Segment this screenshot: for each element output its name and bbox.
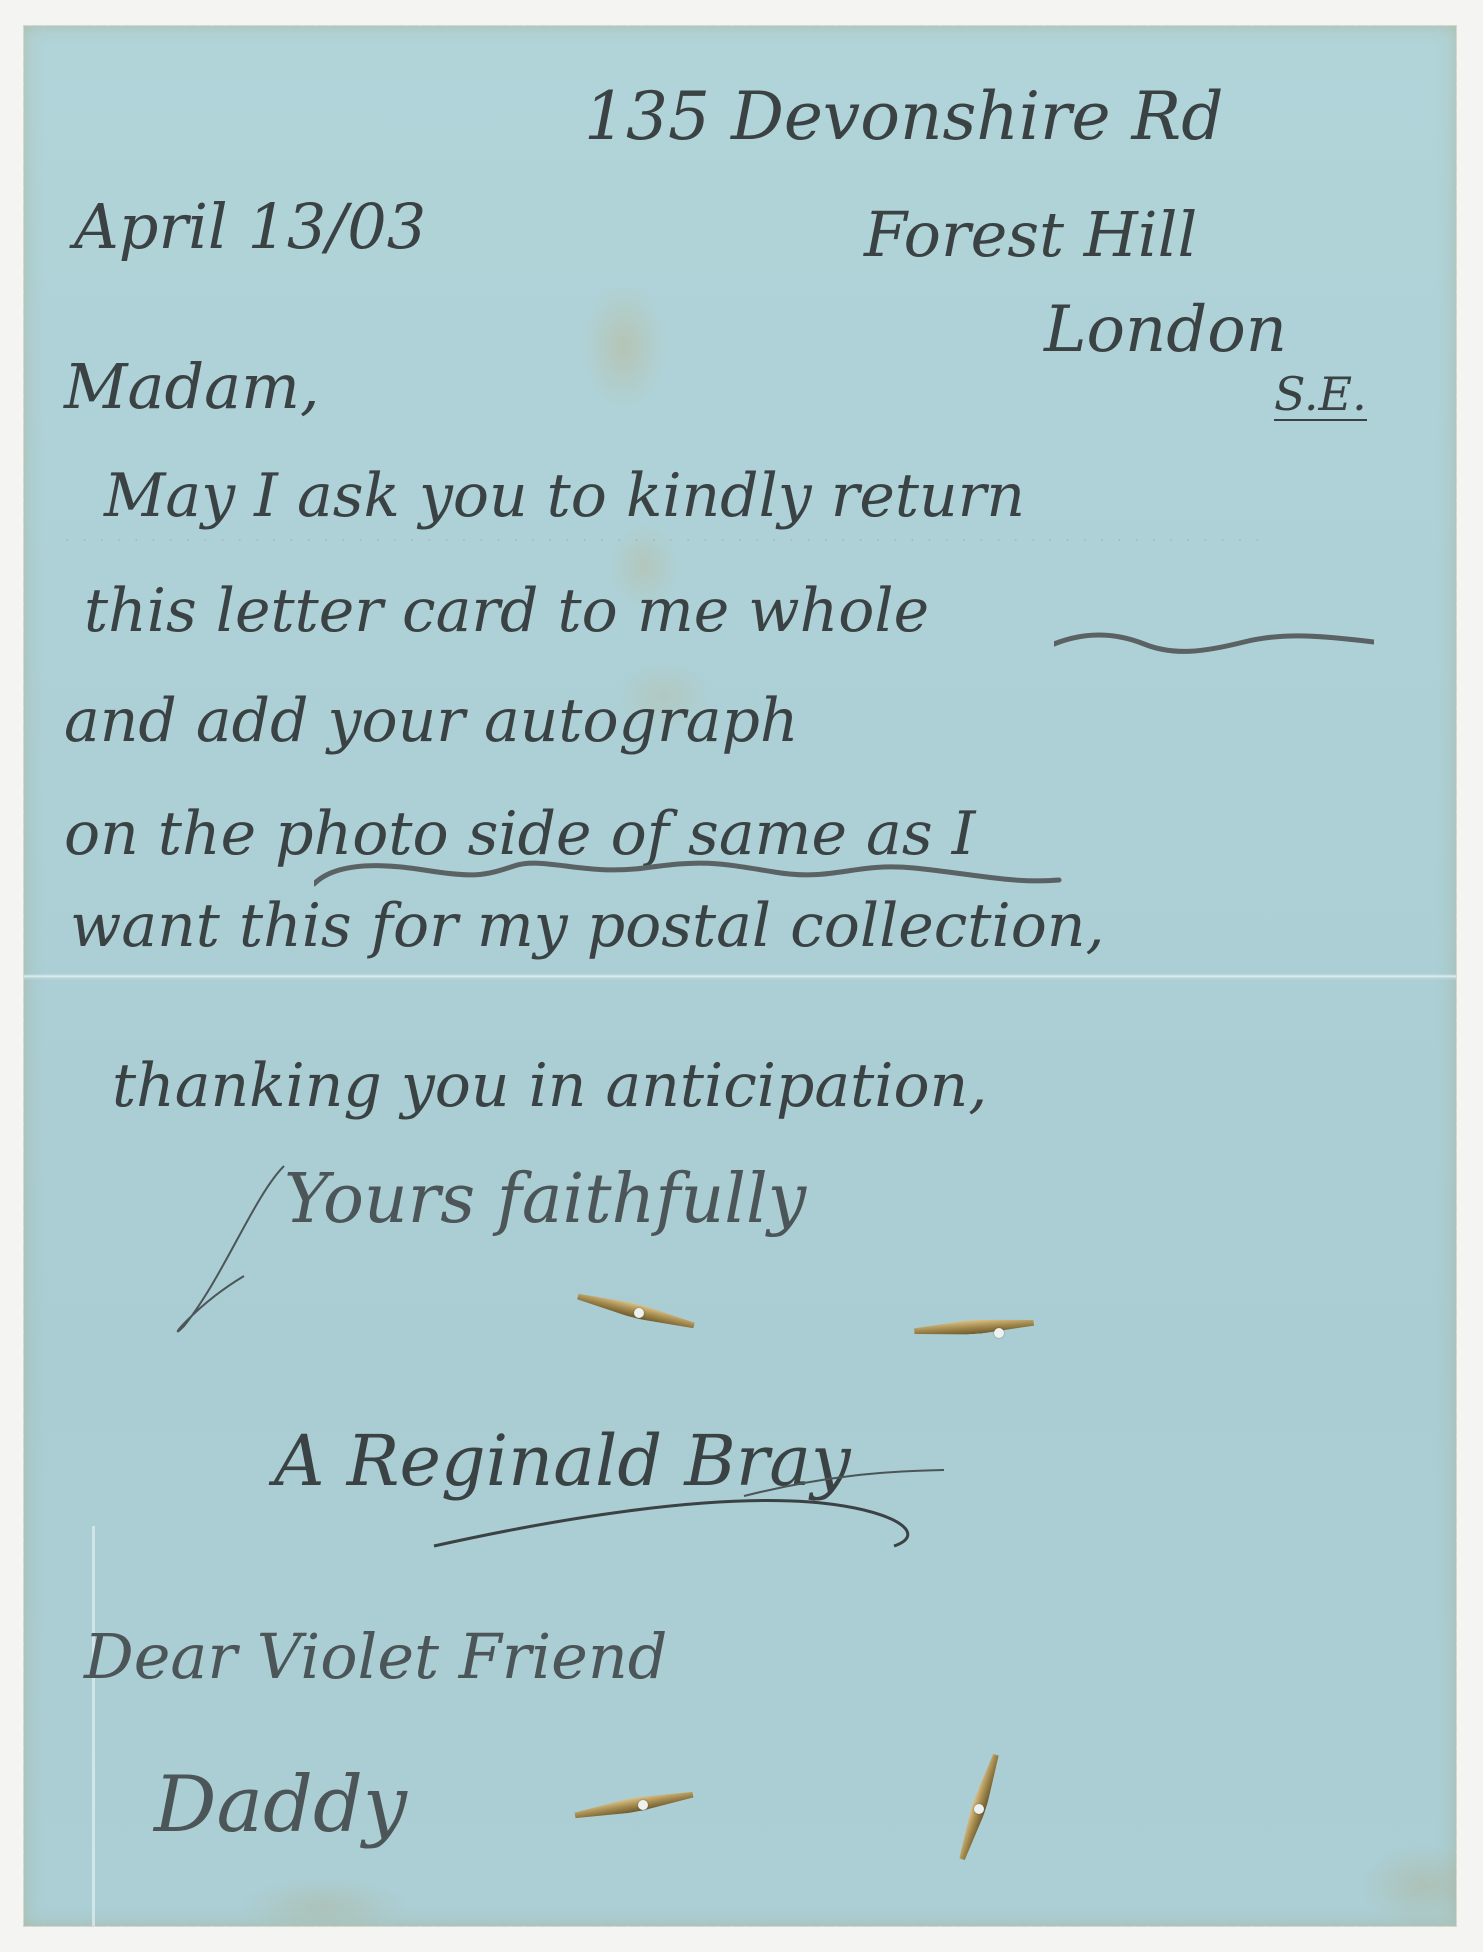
salutation: Madam,: [64, 356, 320, 418]
body-line-2-text: this letter card to me whole: [84, 576, 929, 646]
postscript-greeting: Dear Violet Friend: [84, 1626, 668, 1688]
fastener-hole-1: [634, 1308, 644, 1318]
printed-showthrough-text: · · · · · · · · · · · · · · · · · · · · …: [64, 534, 1404, 548]
address-postal-district: S.E.: [1274, 371, 1367, 421]
postscript-sign-off: Daddy: [154, 1766, 407, 1844]
body-line-4: on the photo side of same as I: [64, 804, 975, 864]
address-street: 135 Devonshire Rd: [584, 84, 1223, 150]
address-city: London: [1044, 298, 1287, 362]
perforated-edge-bottom: [24, 1922, 1456, 1932]
vertical-fold-crease: [92, 1526, 95, 1926]
fastener-hole-2: [994, 1328, 1004, 1338]
closing: Yours faithfully: [284, 1166, 806, 1234]
horizontal-fold-crease: [24, 974, 1456, 980]
signature: A Reginald Bray: [274, 1426, 851, 1496]
brass-fastener-3: [574, 1788, 695, 1823]
letter-date: April 13/03: [74, 196, 426, 258]
brass-fastener-2: [914, 1316, 1035, 1338]
perforated-edge-top: [24, 20, 1456, 30]
letter-card: · · · · · · · · · · · · · · · · · · · · …: [24, 26, 1456, 1926]
body-line-5: want this for my postal collection,: [70, 896, 1105, 956]
body-line-3: and add your autograph: [64, 691, 799, 751]
fastener-hole-4: [974, 1804, 984, 1814]
fastener-hole-3: [638, 1800, 648, 1810]
underline-whole: [1054, 630, 1374, 654]
address-district: Forest Hill: [864, 204, 1197, 266]
body-line-2: this letter card to me whole: [84, 581, 929, 641]
body-line-6: thanking you in anticipation,: [112, 1056, 987, 1116]
body-line-1: May I ask you to kindly return: [104, 466, 1025, 526]
